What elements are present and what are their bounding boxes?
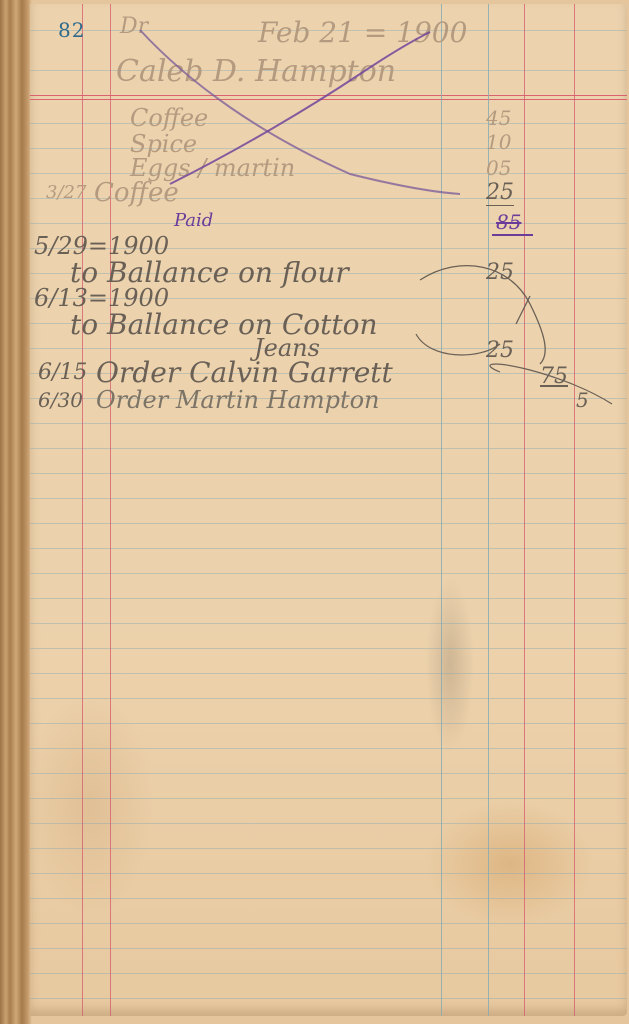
rule-line: [30, 723, 627, 724]
rule-line: [30, 573, 627, 574]
rule-line: [30, 798, 627, 799]
rule-line: [30, 773, 627, 774]
rule-line: [30, 823, 627, 824]
rule-line: [30, 973, 627, 974]
rule-line: [30, 498, 627, 499]
rule-line: [30, 548, 627, 549]
rule-line: [30, 898, 627, 899]
rule-line: [30, 748, 627, 749]
pencil-flourish-icon: [30, 4, 627, 424]
rule-line: [30, 523, 627, 524]
rule-line: [30, 948, 627, 949]
rule-line: [30, 673, 627, 674]
rule-line: [30, 998, 627, 999]
rule-line: [30, 623, 627, 624]
rule-line: [30, 698, 627, 699]
rule-line: [30, 598, 627, 599]
rule-line: [30, 473, 627, 474]
rule-line: [30, 923, 627, 924]
rule-line: [30, 448, 627, 449]
rule-line: [30, 873, 627, 874]
rule-line: [30, 848, 627, 849]
ledger-page: 82 Dr Feb 21 = 1900 Caleb D. Hampton Cof…: [30, 4, 627, 1016]
rule-line: [30, 648, 627, 649]
